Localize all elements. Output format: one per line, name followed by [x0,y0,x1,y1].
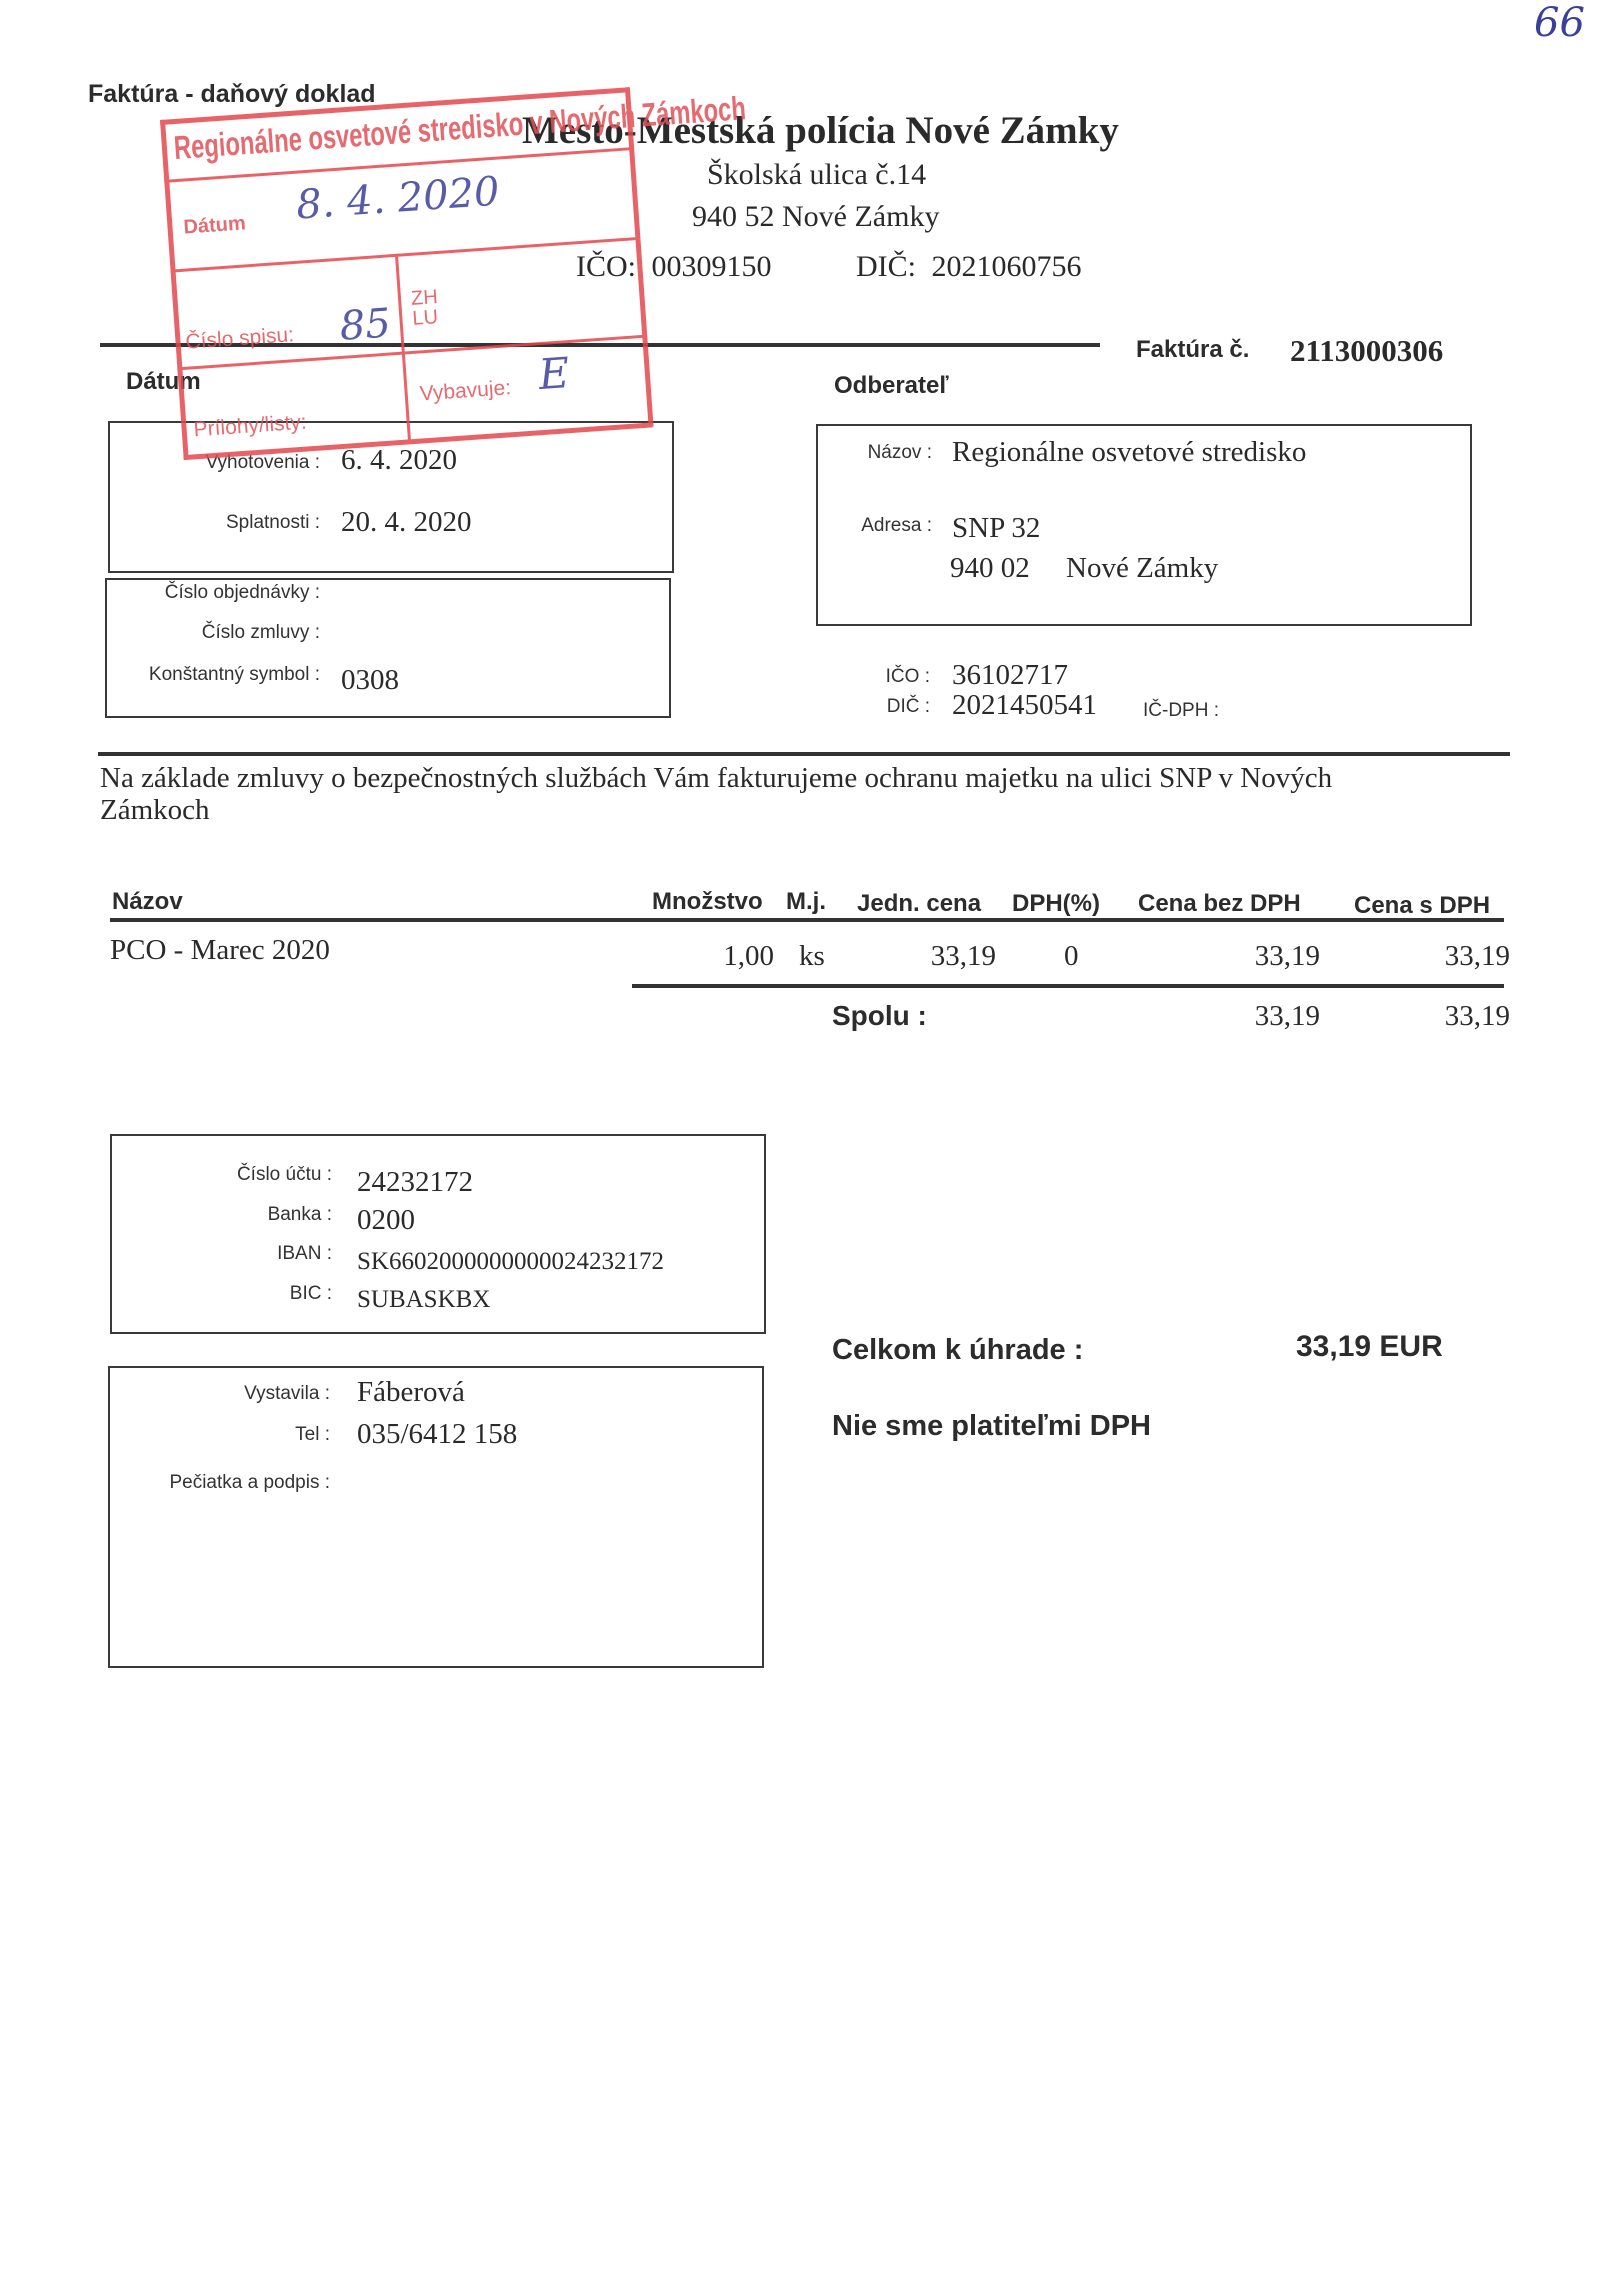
description-separator [98,752,1510,756]
invoice-number-label: Faktúra č. [1136,336,1249,364]
bank-code-label: Banka : [130,1204,332,1226]
due-date-label: Splatnosti : [120,512,320,534]
item-price-with-vat: 33,19 [1340,940,1510,973]
table-header-separator [110,918,1504,922]
total-with-vat: 33,19 [1340,1000,1510,1033]
document-title: Faktúra - daňový doklad [88,80,376,109]
customer-dic: 2021450541 [952,689,1097,722]
stamp-handled-by-label: Vybavuje: [419,376,512,406]
constant-symbol-label: Konštantný symbol : [100,664,320,686]
supplier-street: Školská ulica č.14 [707,158,926,192]
customer-section-label: Odberateľ [834,372,949,400]
customer-name: Regionálne osvetové stredisko [952,436,1306,469]
customer-name-label: Názov : [820,442,932,464]
col-header-name: Názov [112,888,183,916]
contract-number-label: Číslo zmluvy : [100,622,320,644]
supplier-dic: DIČ: 2021060756 [856,250,1082,284]
constant-symbol: 0308 [341,664,399,697]
stamp-file-no-label: Číslo spisu: [185,323,295,355]
customer-ico-label: IČO : [850,666,930,688]
supplier-dic-label: DIČ: [856,250,916,283]
col-header-vat-percent: DPH(%) [1012,890,1100,918]
total-due: 33,19 EUR [1296,1330,1443,1364]
stamp-lu-label: LU [412,307,439,329]
order-number-label: Číslo objednávky : [100,582,320,604]
item-unit: ks [799,940,825,973]
stamp-file-no-handwritten: 85 [338,300,392,349]
stamp-col-divider [395,254,411,444]
item-unit-price: 33,19 [860,940,996,973]
customer-address-line1: SNP 32 [952,512,1040,545]
stamp-attachments-label: Prílohy/listy: [193,411,308,443]
iban: SK6602000000000024232172 [357,1248,664,1276]
account-number-label: Číslo účtu : [130,1164,332,1186]
total-label: Spolu : [832,1000,927,1032]
supplier-dic-value: 2021060756 [932,250,1082,283]
account-number: 24232172 [357,1166,473,1199]
stamp-signature-label: Pečiatka a podpis : [100,1472,330,1494]
supplier-ico-value: 00309150 [652,250,772,283]
col-header-unit-price: Jedn. cena [857,890,981,918]
customer-address-zip: 940 02 [950,552,1030,585]
due-date: 20. 4. 2020 [341,506,472,539]
stamp-date-handwritten: 8. 4. 2020 [295,169,501,229]
item-name: PCO - Marec 2020 [110,934,330,967]
col-header-price-with-vat: Cena s DPH [1354,892,1490,920]
issued-by-label: Vystavila : [130,1383,330,1405]
col-header-price-without-vat: Cena bez DPH [1138,890,1301,918]
item-vat-percent: 0 [1064,940,1079,973]
customer-dic-label: DIČ : [850,696,930,718]
issuer-box [108,1366,764,1668]
tel: 035/6412 158 [357,1418,517,1451]
item-quantity: 1,00 [640,940,774,973]
received-stamp: Regionálne osvetové stredisko v Nových Z… [160,87,663,465]
invoice-number: 2113000306 [1290,333,1443,369]
bic: SUBASKBX [357,1286,490,1314]
total-due-label: Celkom k úhrade : [832,1334,1083,1367]
total-without-vat: 33,19 [1150,1000,1320,1033]
issued-by: Fáberová [357,1376,465,1409]
customer-address-city: Nové Zámky [1066,552,1218,585]
customer-icdph-label: IČ-DPH : [1143,700,1219,722]
stamp-row-divider-2 [170,237,639,273]
customer-address-label: Adresa : [820,515,932,537]
tel-label: Tel : [130,1424,330,1446]
iban-label: IBAN : [130,1243,332,1265]
item-price-without-vat: 33,19 [1150,940,1320,973]
table-total-separator [632,984,1504,988]
bank-code: 0200 [357,1204,415,1237]
stamp-handled-by-handwritten: E [537,348,571,399]
col-header-unit: M.j. [786,888,826,916]
stamp-border-left [160,120,189,460]
description-line-1: Na základe zmluvy o bezpečnostných služb… [100,762,1332,795]
col-header-quantity: Množstvo [652,888,763,916]
customer-ico: 36102717 [952,659,1068,692]
page-number-note: 66 [1534,0,1585,46]
bic-label: BIC : [130,1283,332,1305]
supplier-city: 940 52 Nové Zámky [692,200,939,234]
vat-note: Nie sme platiteľmi DPH [832,1410,1151,1443]
stamp-date-label: Dátum [183,212,247,239]
description-line-2: Zámkoch [100,794,210,827]
